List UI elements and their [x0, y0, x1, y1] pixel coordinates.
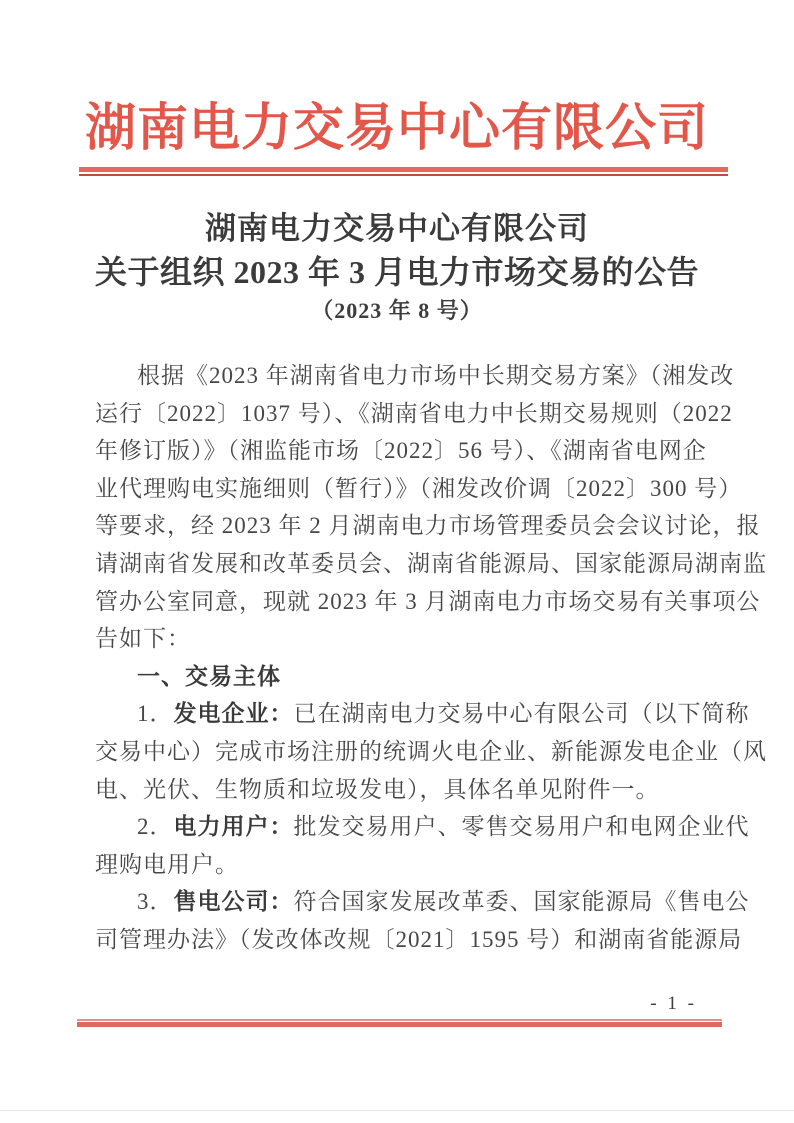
body-line: 理购电用户。	[95, 846, 750, 884]
body-run: 2．	[137, 814, 174, 839]
footer-divider	[77, 1019, 722, 1027]
document-number: （2023 年 8 号）	[0, 294, 794, 325]
body-run: 业代理购电实施细则（暂行）》（湘发改价调〔2022〕300 号）	[95, 476, 742, 501]
letterhead-divider-thick-line	[79, 167, 728, 172]
body-line: 业代理购电实施细则（暂行）》（湘发改价调〔2022〕300 号）	[95, 470, 750, 508]
body-line: 根据《2023 年湖南省电力市场中长期交易方案》（湘发改	[95, 357, 750, 395]
body-line: 1．发电企业：已在湖南电力交易中心有限公司（以下简称	[95, 695, 750, 733]
body-run: 管办公室同意，现就 2023 年 3 月湖南电力市场交易有关事项公	[95, 589, 761, 614]
body-run: 年修订版）》（湘监能市场〔2022〕56 号）、《湖南省电网企	[95, 438, 707, 463]
body-line: 3．售电公司：符合国家发展改革委、国家能源局《售电公	[95, 883, 750, 921]
letterhead-company-name: 湖南电力交易中心有限公司	[0, 86, 794, 160]
body-run: 交易中心）完成市场注册的统调火电企业、新能源发电企业（风	[95, 739, 767, 764]
body-run: 司管理办法》（发改体改规〔2021〕1595 号）和湖南省能源局	[95, 927, 742, 952]
body-run-bold: 电力用户：	[174, 813, 294, 839]
document-title-line1: 湖南电力交易中心有限公司	[0, 203, 794, 248]
body-run-bold: 发电企业：	[174, 700, 294, 726]
body-line: 电、光伏、生物质和垃圾发电），具体名单见附件一。	[95, 771, 750, 809]
body-line: 运行〔2022〕1037 号）、《湖南省电力中长期交易规则（2022	[95, 395, 750, 433]
footer-divider-thin-line	[77, 1019, 722, 1021]
body-line: 告如下：	[95, 620, 750, 658]
body-run-bold: 售电公司：	[174, 888, 294, 914]
document-title-line2: 关于组织 2023 年 3 月电力市场交易的公告	[0, 247, 794, 293]
body-line: 请湖南省发展和改革委员会、湖南省能源局、国家能源局湖南监	[95, 545, 750, 583]
body-run: 3．	[137, 889, 174, 914]
document-page: 湖南电力交易中心有限公司 湖南电力交易中心有限公司 关于组织 2023 年 3 …	[0, 0, 794, 1123]
body-run: 理购电用户。	[95, 852, 239, 877]
body-run: 等要求，经 2023 年 2 月湖南电力市场管理委员会会议讨论，报	[95, 513, 761, 538]
body-line: 一、交易主体	[95, 658, 750, 696]
body-line: 司管理办法》（发改体改规〔2021〕1595 号）和湖南省能源局	[95, 921, 750, 959]
body-line: 等要求，经 2023 年 2 月湖南电力市场管理委员会会议讨论，报	[95, 507, 750, 545]
body-run: 运行〔2022〕1037 号）、《湖南省电力中长期交易规则（2022	[95, 401, 733, 426]
footer-divider-thick-line	[77, 1022, 722, 1027]
body-run: 根据《2023 年湖南省电力市场中长期交易方案》（湘发改	[137, 363, 734, 388]
body-run: 告如下：	[95, 626, 191, 651]
body-run-bold: 一、交易主体	[137, 663, 281, 689]
document-body: 根据《2023 年湖南省电力市场中长期交易方案》（湘发改运行〔2022〕1037…	[95, 357, 750, 959]
body-run: 1．	[137, 701, 174, 726]
body-line: 管办公室同意，现就 2023 年 3 月湖南电力市场交易有关事项公	[95, 583, 750, 621]
page-number: - 1 -	[650, 993, 697, 1015]
body-run: 电、光伏、生物质和垃圾发电），具体名单见附件一。	[95, 777, 660, 802]
body-line: 年修订版）》（湘监能市场〔2022〕56 号）、《湖南省电网企	[95, 432, 750, 470]
body-line: 2．电力用户：批发交易用户、零售交易用户和电网企业代	[95, 808, 750, 846]
body-line: 交易中心）完成市场注册的统调火电企业、新能源发电企业（风	[95, 733, 750, 771]
scan-edge-line	[0, 1110, 794, 1111]
body-run: 已在湖南电力交易中心有限公司（以下简称	[294, 701, 750, 726]
body-run: 批发交易用户、零售交易用户和电网企业代	[294, 814, 750, 839]
body-run: 符合国家发展改革委、国家能源局《售电公	[294, 889, 750, 914]
body-run: 请湖南省发展和改革委员会、湖南省能源局、国家能源局湖南监	[95, 551, 767, 576]
letterhead-divider-thin-line	[79, 174, 728, 176]
letterhead-divider	[79, 167, 728, 176]
